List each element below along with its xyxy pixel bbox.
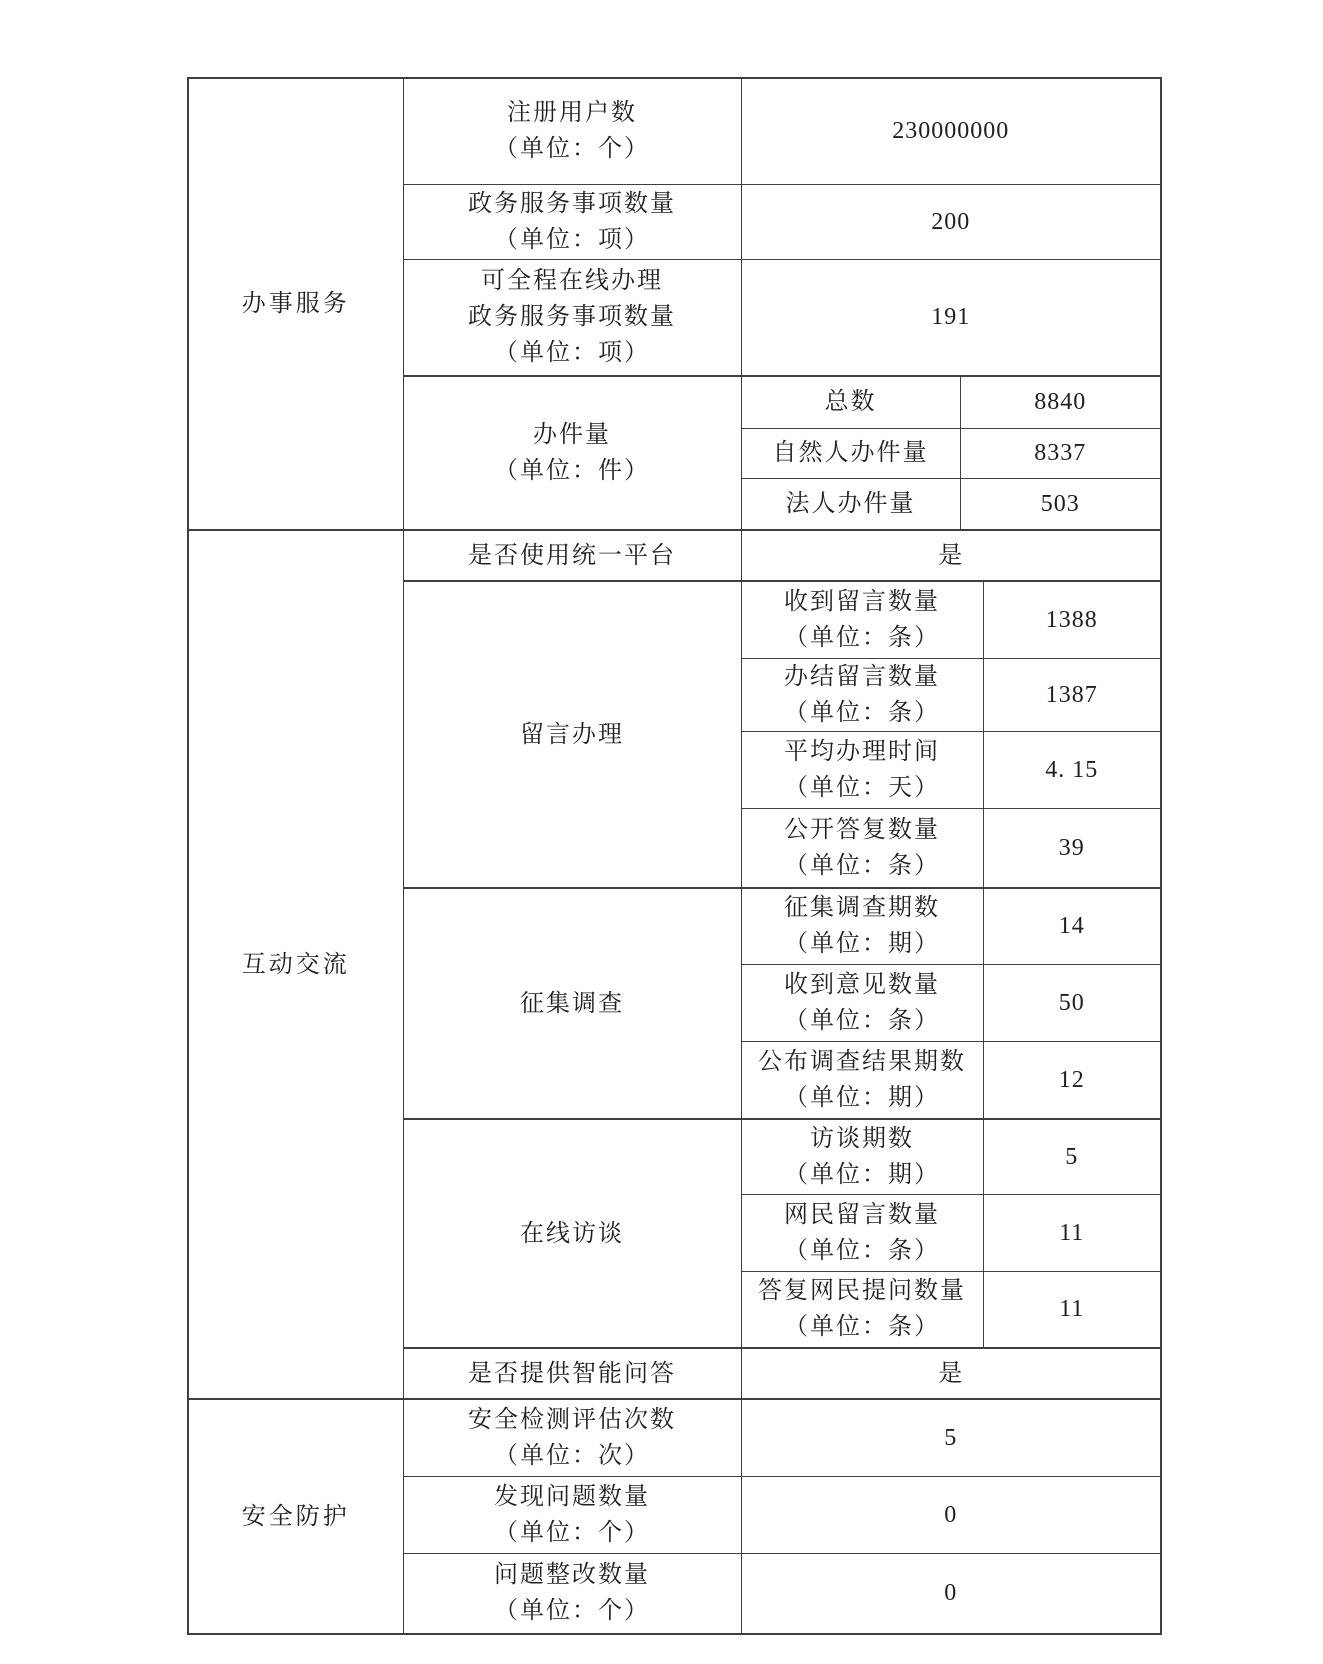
sub-item-value: 8337	[1034, 440, 1086, 466]
value-cell: 200	[741, 184, 1161, 259]
sub-item-unit-line: （单位：期）	[742, 926, 983, 962]
item-label-line: 政务服务事项数量	[404, 186, 741, 222]
category-label: 安全防护	[189, 1499, 403, 1535]
sub-item-value: 50	[1059, 990, 1085, 1016]
value-cell: 11	[983, 1194, 1161, 1271]
sub-item-value: 14	[1059, 913, 1085, 939]
value-cell: 14	[983, 888, 1161, 964]
item-label-line: 注册用户数	[404, 95, 741, 131]
value-cell: 8840	[960, 376, 1161, 428]
sub-item-label-line: 法人办件量	[742, 486, 960, 522]
sub-item-label-cell: 总数	[741, 376, 960, 428]
value-cell: 191	[741, 259, 1161, 376]
sub-item-value: 1388	[1046, 607, 1098, 633]
item-label-line: 留言办理	[404, 717, 741, 753]
sub-item-label-cell: 网民留言数量 （单位：条）	[741, 1194, 983, 1271]
sub-item-label-line: 答复网民提问数量	[742, 1273, 983, 1309]
sub-item-value: 503	[1041, 491, 1080, 517]
sub-item-label-line: 收到意见数量	[742, 967, 983, 1003]
item-label-line: 征集调查	[404, 986, 741, 1022]
item-value: 0	[944, 1502, 957, 1528]
item-label-line: 发现问题数量	[404, 1479, 741, 1515]
value-cell: 12	[983, 1041, 1161, 1119]
category-cell-interaction: 互动交流	[188, 530, 403, 1399]
item-label-cell: 注册用户数 （单位：个）	[403, 78, 741, 184]
value-cell: 是	[741, 530, 1161, 581]
sub-item-label-line: 征集调查期数	[742, 890, 983, 926]
sub-item-label-line: 收到留言数量	[742, 584, 983, 620]
item-value: 是	[938, 543, 963, 569]
item-label-cell: 安全检测评估次数 （单位：次）	[403, 1399, 741, 1476]
sub-item-value: 39	[1059, 835, 1085, 861]
item-label-line: 可全程在线办理	[404, 263, 741, 299]
sub-item-label-line: 访谈期数	[742, 1121, 983, 1157]
sub-item-label-cell: 自然人办件量	[741, 428, 960, 478]
item-label-cell: 可全程在线办理 政务服务事项数量 （单位：项）	[403, 259, 741, 376]
table-row: 互动交流 是否使用统一平台 是	[188, 530, 1161, 581]
category-cell-security: 安全防护	[188, 1399, 403, 1634]
item-value: 230000000	[892, 118, 1009, 144]
sub-item-value: 11	[1059, 1220, 1084, 1246]
sub-item-label-line: 总数	[742, 384, 960, 420]
item-label-line: 安全检测评估次数	[404, 1402, 741, 1438]
sub-item-label-cell: 访谈期数 （单位：期）	[741, 1119, 983, 1194]
item-label-cell: 是否使用统一平台	[403, 530, 741, 581]
sub-item-label-cell: 平均办理时间 （单位：天）	[741, 731, 983, 808]
sub-item-label-cell: 法人办件量	[741, 478, 960, 530]
sub-item-label-cell: 收到意见数量 （单位：条）	[741, 964, 983, 1041]
value-cell: 11	[983, 1271, 1161, 1348]
item-group-cell: 留言办理	[403, 581, 741, 888]
sub-item-unit-line: （单位：条）	[742, 695, 983, 731]
table-row: 办事服务 注册用户数 （单位：个） 230000000	[188, 78, 1161, 184]
sub-item-label-line: 自然人办件量	[742, 435, 960, 471]
sub-item-label-line: 公布调查结果期数	[742, 1044, 983, 1080]
value-cell: 50	[983, 964, 1161, 1041]
sub-item-label-line: 平均办理时间	[742, 734, 983, 770]
sub-item-value: 12	[1059, 1067, 1085, 1093]
sub-item-label-cell: 征集调查期数 （单位：期）	[741, 888, 983, 964]
value-cell: 1387	[983, 658, 1161, 731]
item-group-cell: 征集调查	[403, 888, 741, 1119]
sub-item-value: 8840	[1034, 389, 1086, 415]
sub-item-value: 11	[1059, 1296, 1084, 1322]
value-cell: 1388	[983, 581, 1161, 658]
item-label-cell: 政务服务事项数量 （单位：项）	[403, 184, 741, 259]
value-cell: 39	[983, 808, 1161, 888]
item-label-line: 政务服务事项数量	[404, 299, 741, 335]
sub-item-unit-line: （单位：条）	[742, 1003, 983, 1039]
value-cell: 5	[983, 1119, 1161, 1194]
value-cell: 503	[960, 478, 1161, 530]
item-label-line: 是否使用统一平台	[404, 538, 741, 574]
sub-item-unit-line: （单位：期）	[742, 1157, 983, 1193]
page: { "colors": { "background": "#ffffff", "…	[0, 0, 1323, 1664]
sub-item-unit-line: （单位：条）	[742, 620, 983, 656]
sub-item-unit-line: （单位：天）	[742, 770, 983, 806]
item-label-line: 是否提供智能问答	[404, 1356, 741, 1392]
item-value: 191	[931, 304, 970, 330]
item-value: 是	[938, 1361, 963, 1387]
sub-item-label-cell: 公开答复数量 （单位：条）	[741, 808, 983, 888]
category-cell-service: 办事服务	[188, 78, 403, 530]
item-unit-line: （单位：个）	[404, 1593, 741, 1629]
category-label: 办事服务	[189, 286, 403, 322]
value-cell: 5	[741, 1399, 1161, 1476]
item-label-cell: 问题整改数量 （单位：个）	[403, 1553, 741, 1634]
sub-item-value: 4. 15	[1045, 757, 1098, 783]
sub-item-unit-line: （单位：条）	[742, 1233, 983, 1269]
sub-item-label-cell: 办结留言数量 （单位：条）	[741, 658, 983, 731]
item-label-line: 办件量	[404, 417, 741, 453]
item-unit-line: （单位：件）	[404, 453, 741, 489]
item-value: 0	[944, 1580, 957, 1606]
item-label-cell: 是否提供智能问答	[403, 1348, 741, 1399]
item-unit-line: （单位：个）	[404, 1515, 741, 1551]
sub-item-label-line: 办结留言数量	[742, 659, 983, 695]
sub-item-label-line: 网民留言数量	[742, 1197, 983, 1233]
value-cell: 230000000	[741, 78, 1161, 184]
category-label: 互动交流	[189, 947, 403, 983]
value-cell: 8337	[960, 428, 1161, 478]
sub-item-label-line: 公开答复数量	[742, 812, 983, 848]
value-cell: 0	[741, 1476, 1161, 1553]
item-label-line: 在线访谈	[404, 1216, 741, 1252]
value-cell: 4. 15	[983, 731, 1161, 808]
item-unit-line: （单位：项）	[404, 222, 741, 258]
item-group-cell: 在线访谈	[403, 1119, 741, 1348]
sub-item-label-cell: 答复网民提问数量 （单位：条）	[741, 1271, 983, 1348]
sub-item-label-cell: 公布调查结果期数 （单位：期）	[741, 1041, 983, 1119]
sub-item-value: 1387	[1046, 682, 1098, 708]
value-cell: 是	[741, 1348, 1161, 1399]
item-unit-line: （单位：个）	[404, 131, 741, 167]
item-group-cell: 办件量 （单位：件）	[403, 376, 741, 530]
sub-item-unit-line: （单位：条）	[742, 1309, 983, 1345]
item-unit-line: （单位：项）	[404, 335, 741, 371]
sub-item-value: 5	[1065, 1144, 1078, 1170]
sub-item-unit-line: （单位：期）	[742, 1080, 983, 1116]
item-unit-line: （单位：次）	[404, 1438, 741, 1474]
item-label-line: 问题整改数量	[404, 1557, 741, 1593]
sub-item-label-cell: 收到留言数量 （单位：条）	[741, 581, 983, 658]
item-label-cell: 发现问题数量 （单位：个）	[403, 1476, 741, 1553]
sub-item-unit-line: （单位：条）	[742, 848, 983, 884]
table-row: 安全防护 安全检测评估次数 （单位：次） 5	[188, 1399, 1161, 1476]
annual-report-table: 办事服务 注册用户数 （单位：个） 230000000 政务服务事项数量 （单位…	[187, 77, 1162, 1635]
item-value: 5	[944, 1425, 957, 1451]
value-cell: 0	[741, 1553, 1161, 1634]
item-value: 200	[931, 209, 970, 235]
